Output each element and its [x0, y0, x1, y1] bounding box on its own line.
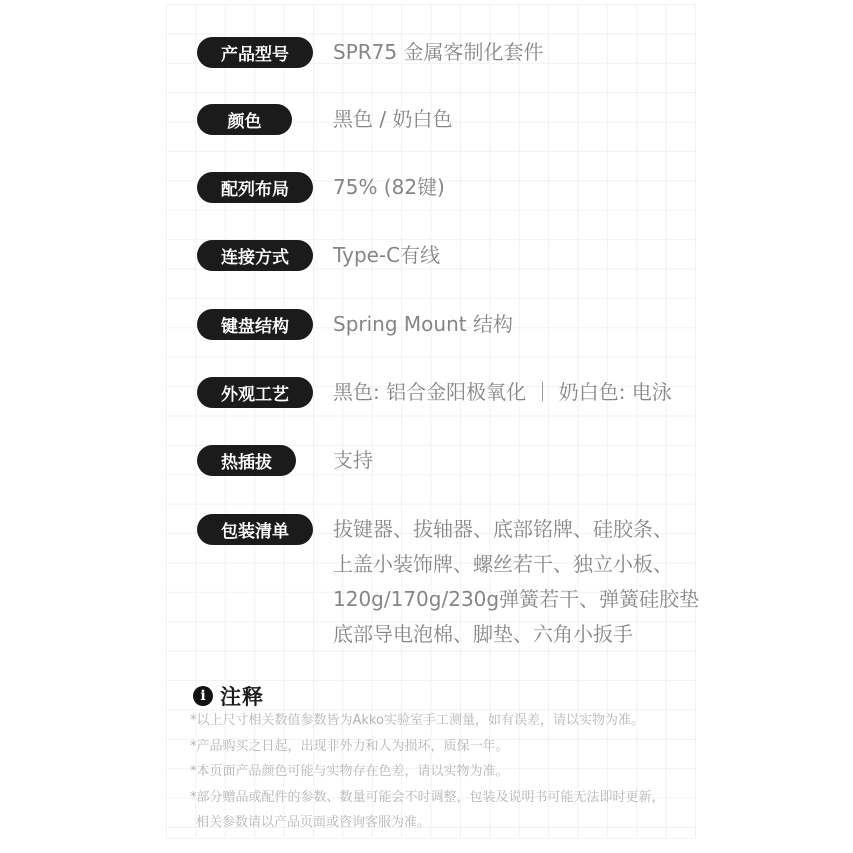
spec-value-color: 黑色 / 奶白色 — [333, 104, 452, 135]
spec-row-package: 包装清单 拔键器、拔轴器、底部铭牌、硅胶条、 上盖小装饰牌、螺丝若干、独立小板、… — [0, 514, 853, 545]
spec-row-connection: 连接方式 Type-C有线 — [0, 240, 853, 271]
spec-row-structure: 键盘结构 Spring Mount 结构 — [0, 309, 853, 340]
notes-list: *以上尺寸相关数值参数皆为Akko实验室手工测量，如有误差，请以实物为准。 *产… — [190, 708, 710, 836]
spec-value-connection: Type-C有线 — [333, 240, 440, 271]
spec-label-connection: 连接方式 — [197, 240, 313, 271]
spec-value-hotswap: 支持 — [333, 445, 373, 476]
info-icon: i — [193, 686, 213, 706]
note-line: *以上尺寸相关数值参数皆为Akko实验室手工测量，如有误差，请以实物为准。 — [190, 708, 710, 734]
spec-row-hotswap: 热插拔 支持 — [0, 445, 853, 476]
notes-title: 注释 — [220, 681, 264, 711]
package-line: 底部导电泡棉、脚垫、六角小扳手 — [333, 617, 699, 652]
spec-value-layout: 75% (82键) — [333, 172, 445, 203]
spec-row-color: 颜色 黑色 / 奶白色 — [0, 104, 853, 135]
spec-value-structure: Spring Mount 结构 — [333, 309, 513, 340]
spec-value-model: SPR75 金属客制化套件 — [333, 37, 543, 68]
note-line: *本页面产品颜色可能与实物存在色差，请以实物为准。 — [190, 759, 710, 785]
package-line: 拔键器、拔轴器、底部铭牌、硅胶条、 — [333, 512, 699, 547]
product-spec-sheet: 产品型号 SPR75 金属客制化套件 颜色 黑色 / 奶白色 配列布局 75% … — [0, 0, 853, 853]
note-line: *部分赠品或配件的参数、数量可能会不时调整，包装及说明书可能无法即时更新， — [190, 785, 710, 811]
spec-row-finish: 外观工艺 黑色: 铝合金阳极氧化 ｜ 奶白色: 电泳 — [0, 377, 853, 408]
spec-label-layout: 配列布局 — [197, 172, 313, 203]
spec-label-model: 产品型号 — [197, 37, 313, 68]
spec-row-model: 产品型号 SPR75 金属客制化套件 — [0, 37, 853, 68]
spec-value-package: 拔键器、拔轴器、底部铭牌、硅胶条、 上盖小装饰牌、螺丝若干、独立小板、 120g… — [333, 512, 699, 652]
spec-label-structure: 键盘结构 — [197, 309, 313, 340]
spec-label-package: 包装清单 — [197, 514, 313, 545]
note-line: 相关参数请以产品页面或咨询客服为准。 — [190, 810, 710, 836]
spec-label-finish: 外观工艺 — [197, 377, 313, 408]
package-line: 120g/170g/230g弹簧若干、弹簧硅胶垫 — [333, 582, 699, 617]
spec-label-color: 颜色 — [197, 104, 292, 135]
notes-header: i 注释 — [193, 681, 264, 711]
package-line: 上盖小装饰牌、螺丝若干、独立小板、 — [333, 547, 699, 582]
note-line: *产品购买之日起，出现非外力和人为损坏，质保一年。 — [190, 734, 710, 760]
spec-row-layout: 配列布局 75% (82键) — [0, 172, 853, 203]
spec-label-hotswap: 热插拔 — [197, 445, 296, 476]
spec-value-finish: 黑色: 铝合金阳极氧化 ｜ 奶白色: 电泳 — [333, 377, 672, 408]
